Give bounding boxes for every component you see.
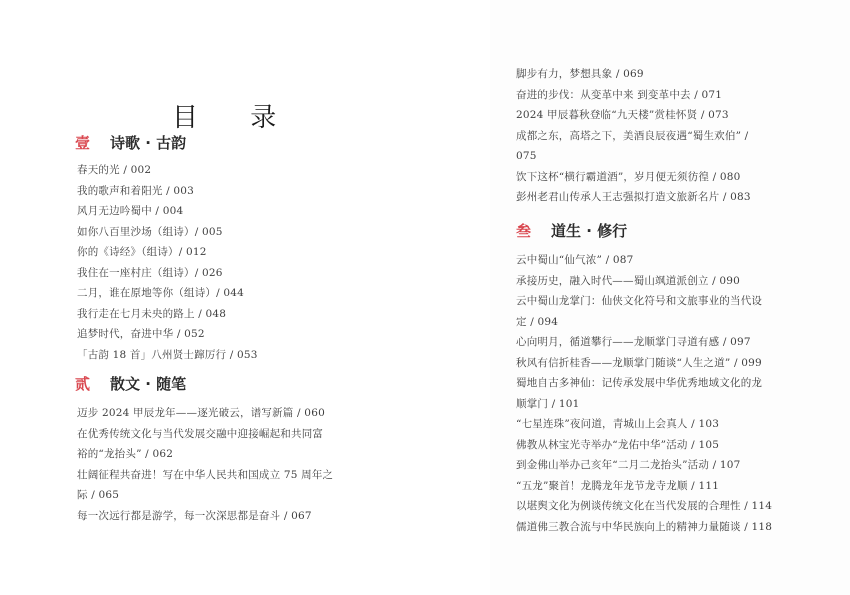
- toc-entry[interactable]: 云中蜀山“仙气浓” / 087: [516, 250, 772, 271]
- toc-entry[interactable]: 云中蜀山龙掌门：仙侠文化符号和文旅事业的当代设: [516, 291, 772, 312]
- toc-entry[interactable]: “五龙”聚首！龙腾龙年龙节龙寺龙顺 / 111: [516, 476, 772, 497]
- toc-entry-continued[interactable]: 顺掌门 / 101: [516, 394, 772, 415]
- section-header-2: 贰 散文 · 随笔: [75, 373, 186, 394]
- toc-entry[interactable]: 如你八百里沙场（组诗）/ 005: [77, 222, 258, 243]
- section-number: 贰: [75, 373, 90, 394]
- toc-entry[interactable]: 承接历史，融入时代——蜀山飒道派创立 / 090: [516, 271, 772, 292]
- toc-entry[interactable]: 你的《诗经》（组诗）/ 012: [77, 242, 258, 263]
- toc-entry[interactable]: 佛教从林宝光寺举办“龙佑中华”活动 / 105: [516, 435, 772, 456]
- toc-entry[interactable]: 「古韵 18 首」八州贤士蹿厉行 / 053: [77, 345, 258, 366]
- toc-entry-continued[interactable]: 际 / 065: [77, 485, 333, 506]
- section-header-3: 叁 道生 · 修行: [516, 220, 627, 241]
- section-title: 诗歌 · 古韵: [110, 132, 186, 153]
- toc-entry[interactable]: 儒道佛三教合流与中华民族向上的精神力量随谈 / 118: [516, 517, 772, 538]
- toc-entry[interactable]: 在优秀传统文化与当代发展交融中迎接崛起和共同富: [77, 424, 333, 445]
- toc-entry[interactable]: 迈步 2024 甲辰龙年——逐光破云，谱写新篇 / 060: [77, 403, 333, 424]
- section-1-entries: 春天的光 / 002 我的歌声和着阳光 / 003 风月无边吟蜀中 / 004 …: [77, 160, 258, 365]
- section-3-entries: 云中蜀山“仙气浓” / 087 承接历史，融入时代——蜀山飒道派创立 / 090…: [516, 250, 772, 537]
- section-number: 壹: [75, 132, 90, 153]
- right-page: 脚步有力，梦想具象 / 069 奋进的步伐：从变革中来 到变革中去 / 071 …: [490, 0, 850, 595]
- toc-entry[interactable]: 风月无边吟蜀中 / 004: [77, 201, 258, 222]
- toc-entry[interactable]: 春天的光 / 002: [77, 160, 258, 181]
- toc-entry[interactable]: 脚步有力，梦想具象 / 069: [516, 64, 751, 85]
- section-2-entries-left: 迈步 2024 甲辰龙年——逐光破云，谱写新篇 / 060 在优秀传统文化与当代…: [77, 403, 333, 526]
- toc-entry[interactable]: 成都之东，高塔之下，美酒良辰夜遇“蜀生欢伯” /: [516, 126, 751, 147]
- toc-entry[interactable]: 追梦时代，奋进中华 / 052: [77, 324, 258, 345]
- toc-entry[interactable]: 秋风有信折桂香——龙顺掌门随谈“人生之道” / 099: [516, 353, 772, 374]
- section-number: 叁: [516, 220, 531, 241]
- toc-entry-continued[interactable]: 定 / 094: [516, 312, 772, 333]
- toc-entry[interactable]: 彭州老君山传承人王志强拟打造文旅新名片 / 083: [516, 187, 751, 208]
- toc-entry[interactable]: “七星连珠”夜问道，青城山上会真人 / 103: [516, 414, 772, 435]
- section-header-1: 壹 诗歌 · 古韵: [75, 132, 186, 153]
- toc-title: 目 录: [172, 97, 298, 134]
- toc-entry[interactable]: 壮阔征程共奋进！写在中华人民共和国成立 75 周年之: [77, 465, 333, 486]
- toc-entry[interactable]: 奋进的步伐：从变革中来 到变革中去 / 071: [516, 85, 751, 106]
- toc-entry[interactable]: 我的歌声和着阳光 / 003: [77, 181, 258, 202]
- toc-entry-continued[interactable]: 裕的“龙抬头” / 062: [77, 444, 333, 465]
- section-title: 道生 · 修行: [551, 220, 627, 241]
- section-title: 散文 · 随笔: [110, 373, 186, 394]
- toc-entry[interactable]: 每一次远行都是游学，每一次深思都是奋斗 / 067: [77, 506, 333, 527]
- toc-entry[interactable]: 我住在一座村庄（组诗）/ 026: [77, 263, 258, 284]
- toc-entry[interactable]: 二月，谁在原地等你（组诗）/ 044: [77, 283, 258, 304]
- toc-entry[interactable]: 蜀地自古多神仙：记传承发展中华优秀地域文化的龙: [516, 373, 772, 394]
- section-2-entries-right: 脚步有力，梦想具象 / 069 奋进的步伐：从变革中来 到变革中去 / 071 …: [516, 64, 751, 208]
- toc-entry[interactable]: 饮下这杯“横行霸道酒”，岁月便无须彷徨 / 080: [516, 167, 751, 188]
- toc-entry[interactable]: 我行走在七月未央的路上 / 048: [77, 304, 258, 325]
- toc-entry[interactable]: 到金佛山举办己亥年“二月二龙抬头”活动 / 107: [516, 455, 772, 476]
- left-page: 目 录 壹 诗歌 · 古韵 春天的光 / 002 我的歌声和着阳光 / 003 …: [0, 0, 490, 595]
- toc-entry[interactable]: 2024 甲辰暮秋登临“九天楼”赏桂怀贤 / 073: [516, 105, 751, 126]
- toc-entry[interactable]: 以堪舆文化为例谈传统文化在当代发展的合理性 / 114: [516, 496, 772, 517]
- toc-entry[interactable]: 心向明月，循道攀行——龙顺掌门寻道有感 / 097: [516, 332, 772, 353]
- toc-entry-continued[interactable]: 075: [516, 146, 751, 167]
